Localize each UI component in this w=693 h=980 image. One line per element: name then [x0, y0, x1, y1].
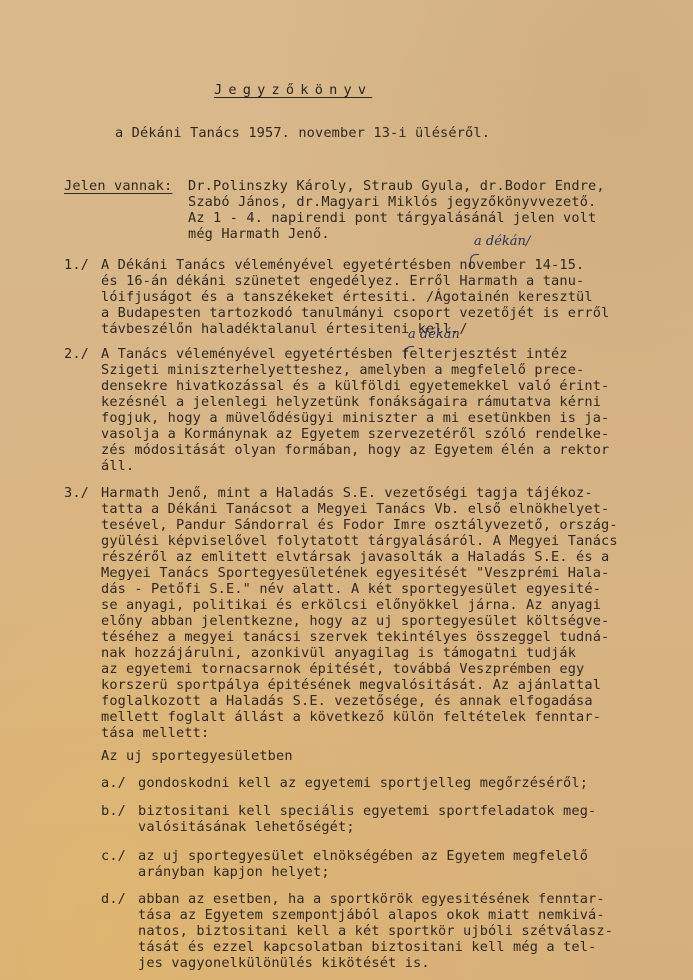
- attendees-line: Szabó János, dr.Magyari Miklós jegyzőkön…: [188, 194, 596, 210]
- item-line: korszerü sportpálya épitésének megvalósi…: [101, 677, 601, 693]
- item-line: A Dékáni Tanács véleményével egyetértésb…: [101, 257, 584, 273]
- condition-line: valósitásának lehetőségét;: [138, 819, 355, 835]
- condition-label: d./: [101, 891, 126, 907]
- condition-line: tását és ezzel kapcsolatban biztositani …: [138, 939, 596, 955]
- item-line: előny abban jelentkezne, hogy az uj spor…: [101, 613, 609, 629]
- item-line: részéről az emlitett elvtársak javasoltá…: [101, 549, 609, 565]
- item-line: Megyei Tanács Sportegyesületének egyesit…: [101, 565, 609, 581]
- item-line: tása mellett:: [101, 725, 209, 741]
- item-line: tatta a Dékáni Tanácsot a Megyei Tanács …: [101, 501, 609, 517]
- condition-line: tása az Egyetem szempontjából alapos oko…: [138, 907, 605, 923]
- item-line: zés módositását olyan formában, hogy az …: [101, 442, 609, 458]
- attendees-line: még Harmath Jenő.: [188, 226, 330, 242]
- item-number: 3./: [64, 485, 89, 501]
- item-line: se anyagi, politikai és erkölcsi előnyök…: [101, 597, 601, 613]
- item-line: az egyetemi tornacsarnok épitését, továb…: [101, 661, 584, 677]
- item-number: 1./: [64, 257, 89, 273]
- conditions-intro: Az uj sportegyesületben: [101, 748, 293, 764]
- item-line: dás - Petőfi S.E." név alatt. A két spor…: [101, 581, 601, 597]
- condition-line: biztositani kell speciális egyetemi spor…: [138, 803, 596, 819]
- item-line: mellett foglalt állást a következő külön…: [101, 709, 601, 725]
- condition-line: natos, biztositani kell a két sportkör u…: [138, 923, 613, 939]
- item-line: fogjuk, hogy a müvelődésügyi miniszter a…: [101, 410, 609, 426]
- condition-line: jes vagyonelkülönülés kikötését is.: [138, 955, 430, 971]
- document-subtitle: a Dékáni Tanács 1957. november 13-i ülés…: [115, 125, 490, 141]
- item-line: Szigeti miniszterhelyetteshez, amelyben …: [101, 362, 584, 378]
- item-line: áll.: [101, 458, 134, 474]
- item-line: gyülési képviselővel folytatott tárgyalá…: [101, 533, 618, 549]
- item-line: foglalkozott a Haladás S.E. vezetősége, …: [101, 693, 593, 709]
- handwritten-insert: a dékán/: [474, 234, 530, 249]
- item-line: a Budapesten tartozkodó tanulmányi csopo…: [101, 305, 609, 321]
- item-line: és 16-án dékáni szünetet engedélyez. Err…: [101, 273, 584, 289]
- item-line: A Tanács véleményével egyetértésben felt…: [101, 346, 568, 362]
- item-number: 2./: [64, 346, 89, 362]
- attendees-label: Jelen vannak:: [64, 178, 172, 194]
- attendees-line: Dr.Polinszky Károly, Straub Gyula, dr.Bo…: [188, 178, 605, 194]
- condition-label: c./: [101, 848, 126, 864]
- condition-line: abban az esetben, ha a sportkörök egyesi…: [138, 891, 605, 907]
- item-line: téséhez a megyei tanácsi szervek tekinté…: [101, 629, 609, 645]
- handwritten-insert: a dékán: [408, 327, 460, 342]
- item-line: vasolja a Kormánynak az Egyetem szerveze…: [101, 426, 609, 442]
- item-line: nak hozzájárulni, azonkivül anyagilag is…: [101, 645, 576, 661]
- attendees-line: Az 1 - 4. napirendi pont tárgyalásánál j…: [188, 210, 596, 226]
- condition-label: a./: [101, 775, 126, 791]
- condition-label: b./: [101, 803, 126, 819]
- item-line: lóifjuságot és a tanszékeket értesiti. /…: [101, 289, 593, 305]
- document-page: Jegyzőkönyv a Dékáni Tanács 1957. novemb…: [0, 0, 693, 980]
- item-line: kezésnél a jelenlegi helyzetünk fonákság…: [101, 394, 601, 410]
- condition-line: az uj sportegyesület elnökségében az Egy…: [138, 848, 588, 864]
- document-title: Jegyzőkönyv: [214, 82, 372, 98]
- condition-line: gondoskodni kell az egyetemi sportjelleg…: [138, 775, 588, 791]
- item-line: Harmath Jenő, mint a Haladás S.E. vezető…: [101, 485, 593, 501]
- condition-line: arányban kapjon helyet;: [138, 864, 330, 880]
- item-line: densekre hivatkozással és a külföldi egy…: [101, 378, 609, 394]
- item-line: tesével, Pandur Sándorral és Fodor Imre …: [101, 517, 618, 533]
